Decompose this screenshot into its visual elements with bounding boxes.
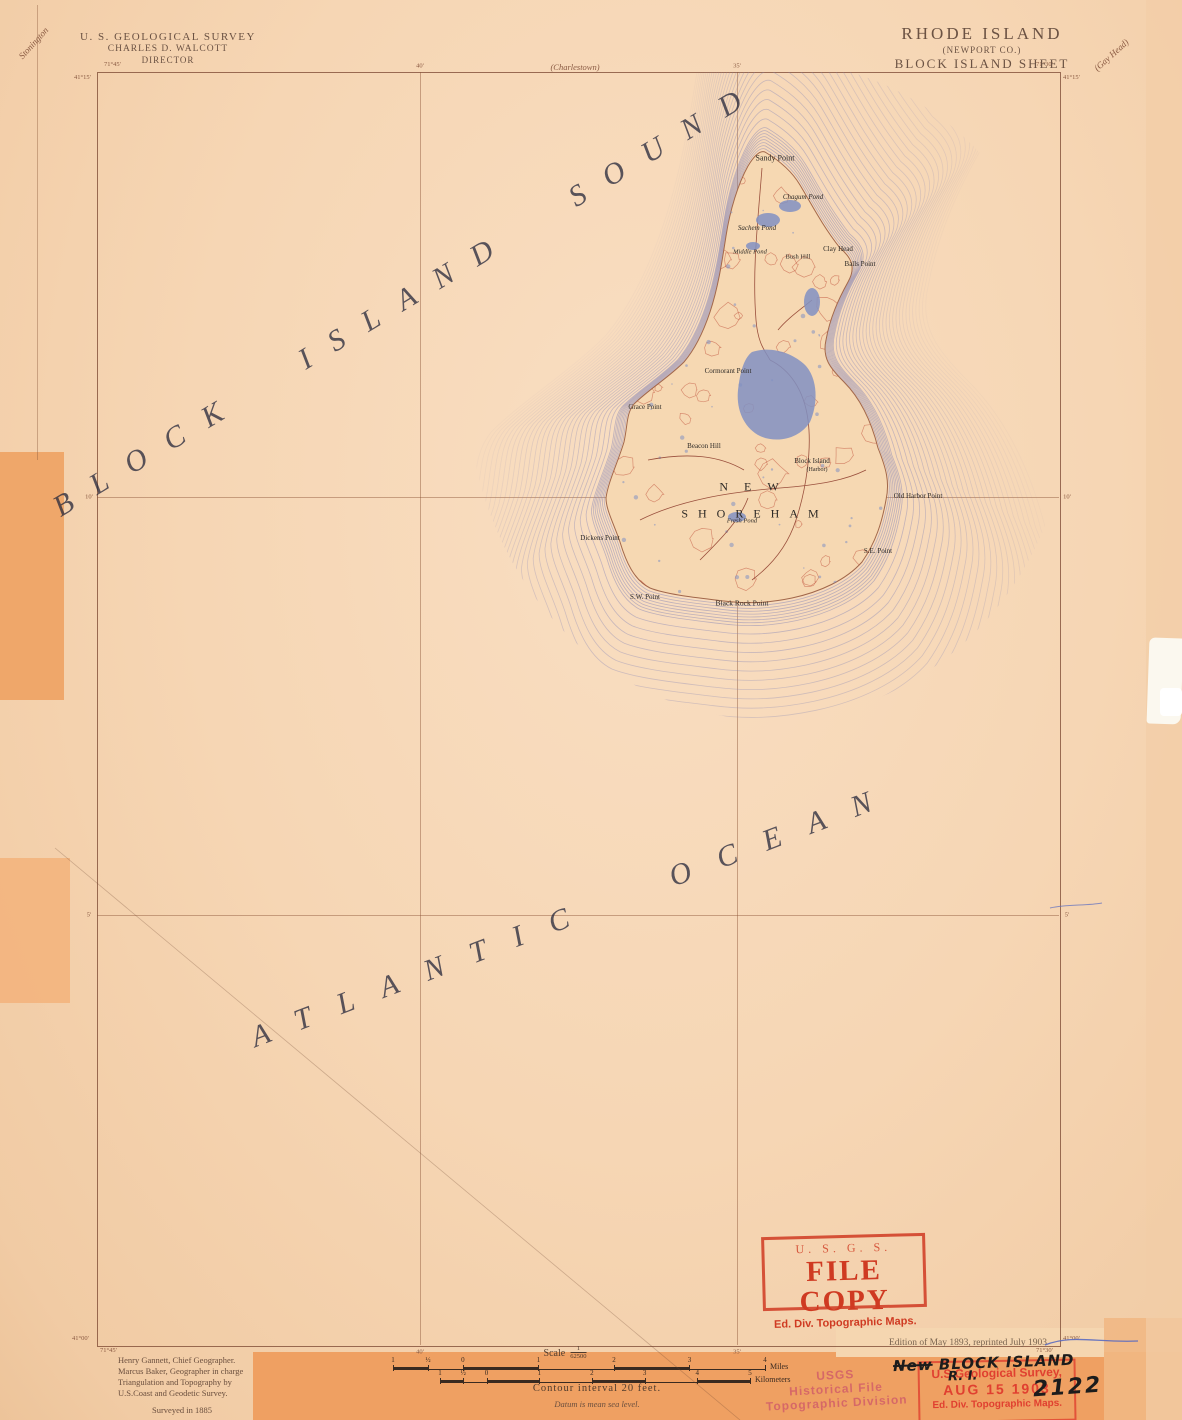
scale-bar-number: 1	[391, 1356, 395, 1364]
scale-bar-segment	[393, 1367, 428, 1370]
corner-coord-bl-lon: 71°45'	[100, 1347, 117, 1354]
scale-bar-number: 2	[590, 1369, 594, 1377]
scale-bar-number: 0	[485, 1369, 489, 1377]
scale-bar-number: ½	[425, 1356, 430, 1364]
corner-coord-tr-lat: 41°15'	[1063, 74, 1080, 81]
torn-white-notch	[1160, 688, 1182, 716]
scale-bar-tick	[463, 1378, 464, 1384]
tick-right-05: 5'	[1065, 912, 1069, 919]
scale-bar-number: ½	[461, 1369, 466, 1377]
scale-bar-number: 1	[537, 1369, 541, 1377]
tick-left-05: 5'	[87, 912, 91, 919]
fold-line-left	[37, 5, 38, 460]
adjoining-sheet-top-right: (Gay Head)	[1092, 37, 1130, 73]
scale-bar-number: 4	[763, 1356, 767, 1364]
scale-bar-line	[393, 1369, 765, 1370]
credit-line: Triangulation and Topography by	[118, 1377, 243, 1388]
map-label-shoreham: SHOREHAM	[681, 507, 828, 522]
map-label-block-island: Block Island	[794, 457, 830, 465]
agency-name: U. S. GEOLOGICAL SURVEY	[78, 31, 258, 43]
map-label-s-e-point: S.E. Point	[864, 547, 892, 555]
tick-bottom-40: 40'	[416, 1349, 424, 1356]
state-title: RHODE ISLAND	[872, 24, 1092, 44]
meridian-line-35	[737, 72, 738, 1345]
scale-bar-miles: Miles 1½01234	[393, 1363, 765, 1373]
handwritten-state: R. I.	[948, 1368, 978, 1384]
scale-bar-number: 0	[461, 1356, 465, 1364]
agency-header: U. S. GEOLOGICAL SURVEY CHARLES D. WALCO…	[78, 31, 258, 65]
scale-statement: Scale 1 62500	[544, 1346, 587, 1360]
scale-bar-tick	[750, 1378, 751, 1384]
scale-fraction: 1 62500	[570, 1346, 586, 1360]
map-label-new: NEW	[719, 480, 794, 495]
surveyed-date: Surveyed in 1885	[152, 1405, 243, 1416]
tape-patch-left-lower	[0, 858, 70, 1003]
map-label-bush-hill: Bush Hill	[785, 254, 810, 261]
map-label-black-rock-point: Black Rock Point	[716, 599, 769, 608]
scale-bar-number: 2	[612, 1356, 616, 1364]
file-copy-text: FILE COPY	[765, 1254, 925, 1318]
map-label-sandy-point: Sandy Point	[756, 154, 795, 163]
map-label-beacon-hill: Beacon Hill	[687, 442, 721, 450]
credit-line: Marcus Baker, Geographer in charge	[118, 1366, 243, 1377]
scale-bar-number: 3	[688, 1356, 692, 1364]
tick-top-40: 40'	[416, 63, 424, 70]
edition-note: Edition of May 1893, reprinted July 1903	[889, 1338, 1047, 1348]
adjoining-sheet-top-left: Stonington	[17, 25, 51, 61]
historical-file-stamp: USGS Historical File Topographic Divisio…	[764, 1364, 908, 1413]
scale-bar-number: 4	[696, 1369, 700, 1377]
scale-denominator: 62500	[570, 1352, 586, 1360]
scale-bar-number: 1	[537, 1356, 541, 1364]
corner-coord-bl-lat: 41°00'	[72, 1335, 89, 1342]
map-label--harbor-: (Harbor)	[807, 467, 828, 473]
meridian-line-40	[420, 72, 421, 1345]
scale-bar-number: 1	[438, 1369, 442, 1377]
map-credits: Henry Gannett, Chief Geographer. Marcus …	[118, 1355, 243, 1416]
tick-top-35: 35'	[733, 63, 741, 70]
credit-line: Henry Gannett, Chief Geographer.	[118, 1355, 243, 1366]
file-copy-stamp: U. S. G. S. FILE COPY Ed. Div. Topograph…	[761, 1233, 927, 1311]
scale-bar-number: 5	[748, 1369, 752, 1377]
map-label-chagum-pond: Chagum Pond	[783, 193, 823, 201]
scale-bar-segment	[487, 1380, 540, 1383]
scale-bar-tick	[689, 1365, 690, 1371]
scale-bar-segment	[614, 1367, 690, 1370]
map-label-cormorant-point: Cormorant Point	[705, 367, 752, 375]
corner-coord-br-lat: 41°00'	[1063, 1335, 1080, 1342]
map-label-sachem-pond: Sachem Pond	[738, 224, 776, 232]
scale-bar-tick	[428, 1365, 429, 1371]
scale-bar-tick	[765, 1365, 766, 1371]
handwritten-number: 2122	[1032, 1373, 1103, 1403]
scale-bar-segment	[440, 1380, 463, 1383]
sheet-title-header: RHODE ISLAND (NEWPORT CO.) BLOCK ISLAND …	[872, 24, 1092, 72]
adjoining-sheet-top-center: (Charlestown)	[550, 62, 599, 72]
map-neatline	[97, 72, 1061, 1347]
credit-line: U.S.Coast and Geodetic Survey.	[118, 1388, 243, 1399]
scale-bar-segment	[697, 1380, 750, 1383]
map-label-dickens-point: Dickens Point	[580, 534, 619, 542]
contour-interval-note: Contour interval 20 feet.	[533, 1383, 661, 1394]
scale-bar-segment	[463, 1367, 539, 1370]
map-sheet: 71°45' 41°15' 71°30' 41°15' 41°00' 71°45…	[0, 0, 1182, 1420]
county-title: (NEWPORT CO.)	[872, 45, 1092, 55]
map-label-old-harbor-point: Old Harbor Point	[894, 492, 943, 500]
tick-right-10: 10'	[1063, 494, 1071, 501]
map-label-middle-pond: Middle Pond	[733, 249, 767, 256]
tick-bottom-35: 35'	[733, 1349, 741, 1356]
corner-coord-tl-lat: 41°15'	[74, 74, 91, 81]
sheet-title: BLOCK ISLAND SHEET	[872, 56, 1092, 72]
scale-bar-number: 3	[643, 1369, 647, 1377]
director-name: CHARLES D. WALCOTT	[78, 44, 258, 54]
map-label-s-w-point: S.W. Point	[630, 593, 660, 601]
map-label-grace-point: Grace Point	[628, 403, 661, 411]
datum-note: Datum is mean sea level.	[554, 1399, 639, 1409]
handwritten-crossed-word: New	[893, 1356, 933, 1375]
scale-word: Scale	[544, 1348, 566, 1359]
map-label-balls-point: Balls Point	[845, 260, 876, 268]
director-title: DIRECTOR	[78, 55, 258, 65]
map-label-clay-head: Clay Head	[823, 245, 853, 253]
